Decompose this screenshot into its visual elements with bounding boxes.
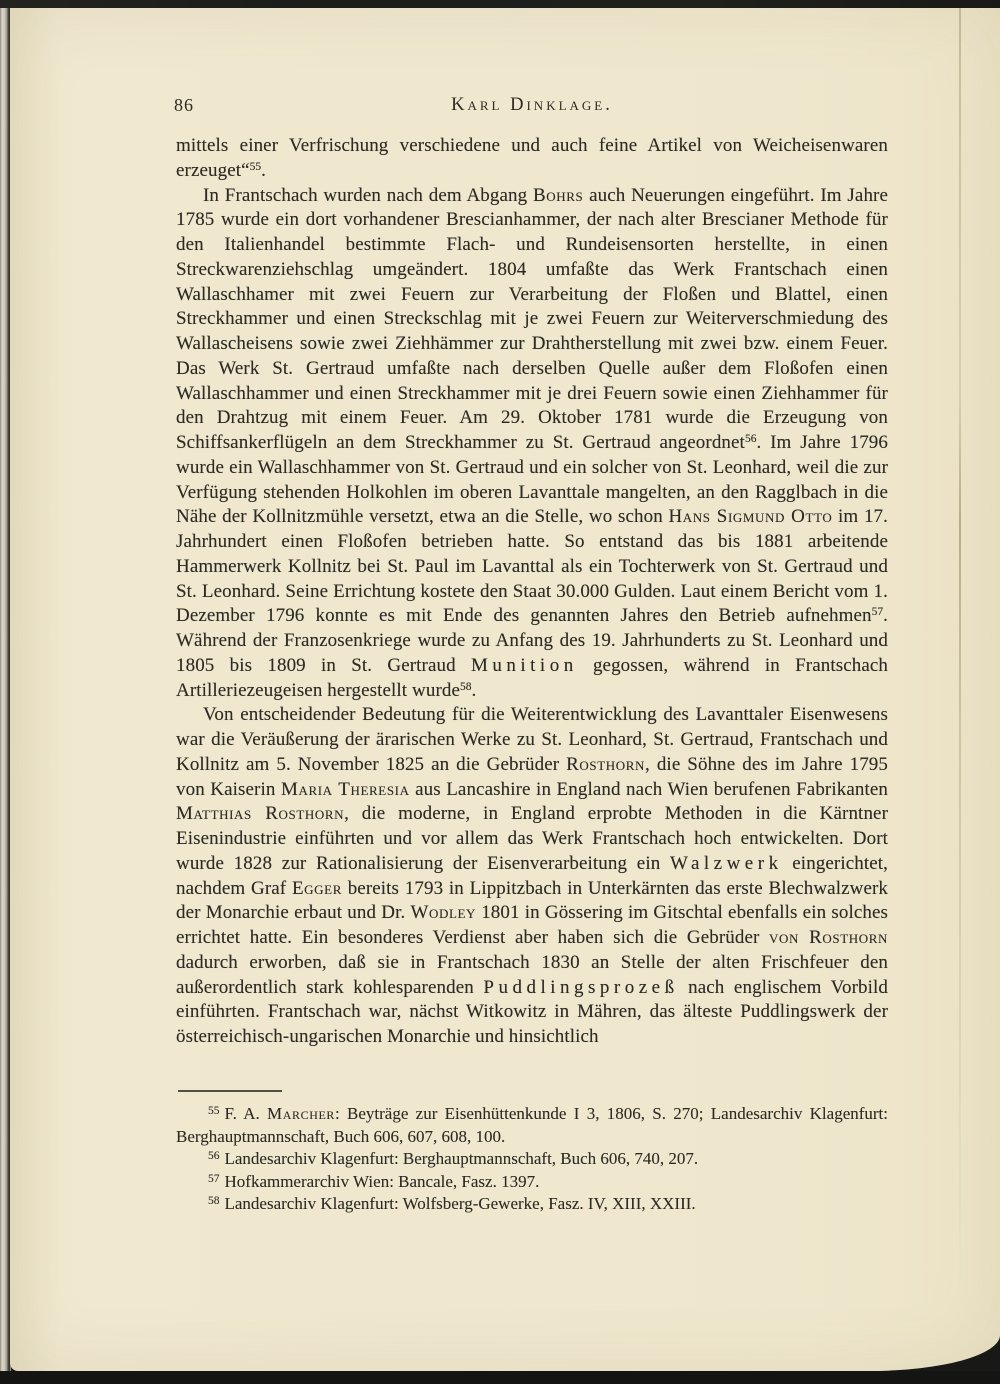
text-run: Maria Theresia [281, 779, 410, 800]
footnote-reference: 57 [872, 606, 884, 618]
running-header: 86 Karl Dinklage. [176, 95, 888, 119]
text-run: von Rosthorn [769, 927, 888, 948]
text-run: mittels einer Verfrischung verschiedene … [176, 135, 888, 181]
text-run: Hofkammerarchiv Wien: Bancale, Fasz. 139… [225, 1172, 540, 1191]
footnote-separator-rule [178, 1090, 282, 1092]
text-run: auch Neuerungen eingeführt. Im Jahre 178… [176, 185, 888, 454]
footnote: 57Hofkammerarchiv Wien: Bancale, Fasz. 1… [176, 1171, 888, 1194]
text-run: Matthias Rosthorn [176, 803, 344, 824]
footnote: 56Landesarchiv Klagenfurt: Berghauptmann… [176, 1148, 888, 1171]
book-page: 86 Karl Dinklage. mittels einer Verfrisc… [10, 7, 1000, 1371]
running-head-title: Karl Dinklage. [176, 95, 888, 116]
text-run: Hans Sigmund Otto [668, 506, 832, 527]
scanner-background: { "colors": { "paper": "#efe7cd", "ink":… [0, 0, 1000, 1384]
text-run: aus Lancashire in England nach Wien beru… [410, 779, 888, 800]
footnotes-block: 55F. A. Marcher: Beyträge zur Eisenhütte… [176, 1103, 888, 1216]
footnote-reference: 56 [745, 433, 757, 445]
paragraph: In Frantschach wurden nach dem Abgang Bo… [176, 184, 888, 704]
footnote: 58Landesarchiv Klagenfurt: Wolfsberg-Gew… [176, 1193, 888, 1216]
page-fold-line [959, 7, 961, 1297]
text-run: Rosthorn [566, 754, 645, 775]
book-scan: 86 Karl Dinklage. mittels einer Verfrisc… [0, 0, 1000, 1384]
paragraph: Von entscheidender Bedeutung für die Wei… [176, 703, 888, 1050]
footnote-marker: 55 [208, 1105, 220, 1117]
scan-top-edge [0, 0, 1000, 8]
text-run: F. A. [225, 1104, 268, 1123]
text-run: Wodley [410, 902, 476, 923]
footnote-reference: 55 [250, 161, 262, 173]
footnote-marker: 56 [208, 1150, 220, 1162]
footnote-marker: 58 [208, 1195, 220, 1207]
footnote-marker: 57 [208, 1173, 220, 1185]
text-run: Bohrs [533, 185, 583, 206]
scan-bottom-edge [0, 1371, 1000, 1384]
text-run: Landesarchiv Klagenfurt: Wolfsberg-Gewer… [225, 1194, 696, 1213]
text-run: . [261, 160, 266, 181]
text-run: Landesarchiv Klagenfurt: Berghauptmannsc… [225, 1149, 699, 1168]
text-run: Puddlingsprozeß [483, 977, 678, 998]
body-text: mittels einer Verfrischung verschiedene … [176, 134, 888, 1050]
text-run: Marcher [267, 1104, 335, 1123]
text-run: In Frantschach wurden nach dem Abgang [203, 185, 533, 206]
page-number: 86 [174, 95, 194, 116]
text-run: Walzwerk [670, 853, 783, 874]
paragraph: mittels einer Verfrischung verschiedene … [176, 134, 888, 184]
footnote: 55F. A. Marcher: Beyträge zur Eisenhütte… [176, 1103, 888, 1148]
footnote-reference: 58 [460, 681, 472, 693]
text-run: Egger [292, 878, 342, 899]
text-run: . [472, 680, 477, 701]
text-run: Munition [471, 655, 578, 676]
